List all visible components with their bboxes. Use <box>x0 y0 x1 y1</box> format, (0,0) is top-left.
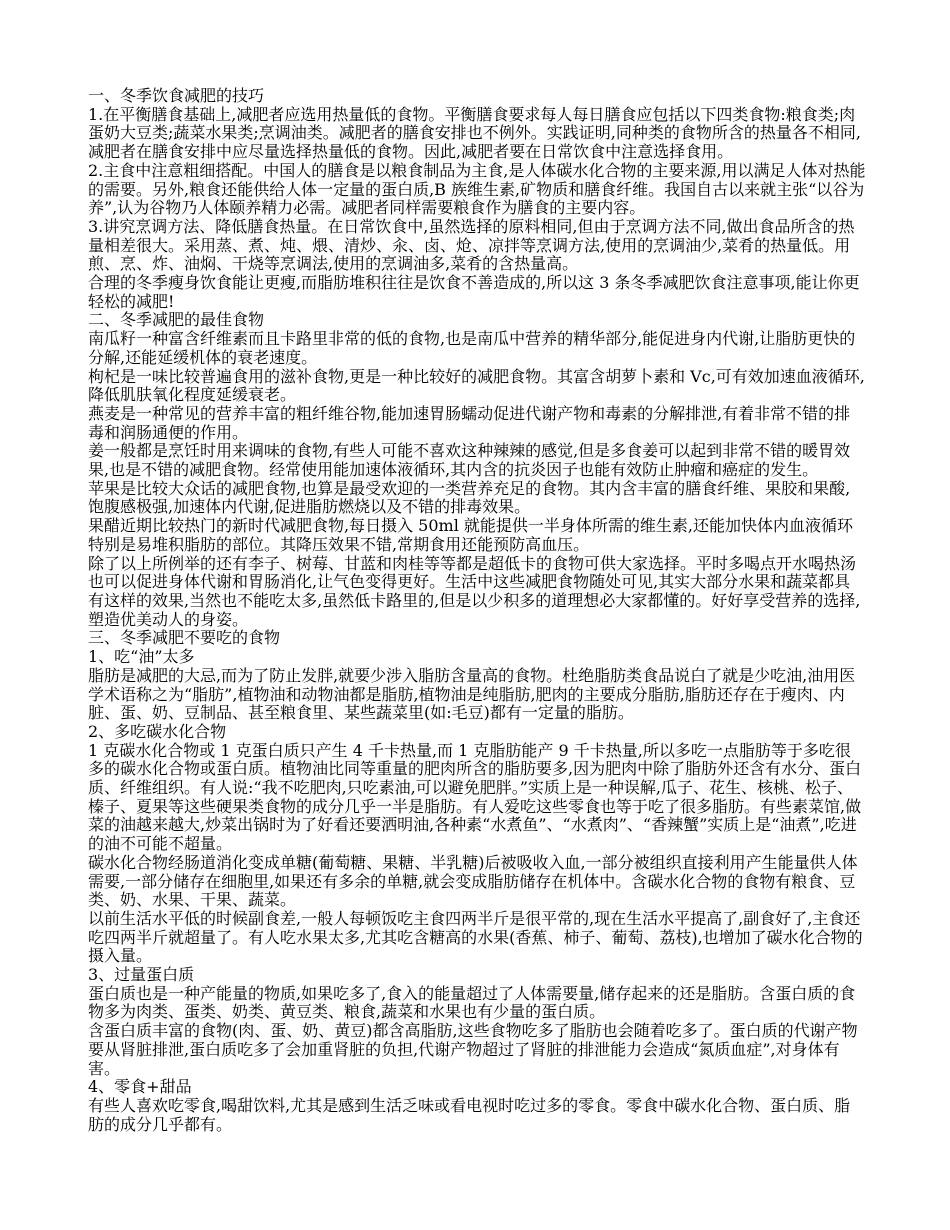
subheading-excess-protein: 3、过量蛋白质 <box>88 966 866 985</box>
para-snacks: 有些人喜欢吃零食,喝甜饮料,尤其是感到生活乏味或看电视时吃过多的零食。零食中碳水… <box>88 1097 866 1134</box>
heading-best-foods: 二、冬季减肥的最佳食物 <box>88 311 866 330</box>
tips-summary: 合理的冬季瘦身饮食能让更瘦,而脂肪堆积往往是饮食不善造成的,所以这 3 条冬季减… <box>88 274 866 311</box>
food-fruit-vinegar: 果醋近期比较热门的新时代减肥食物,每日摄入 50ml 就能提供一半身体所需的维生… <box>88 517 866 554</box>
heading-foods-to-avoid: 三、冬季减肥不要吃的食物 <box>88 629 866 648</box>
food-other-lowcal: 除了以上所例举的还有李子、树莓、甘蓝和肉桂等等都是超低卡的食物可供大家选择。平时… <box>88 555 866 630</box>
food-pumpkin-seeds: 南瓜籽一种富含纤维素而且卡路里非常的低的食物,也是南瓜中营养的精华部分,能促进身… <box>88 330 866 367</box>
food-ginger: 姜一般都是烹饪时用来调味的食物,有些人可能不喜欢这种辣辣的感觉,但是多食姜可以起… <box>88 442 866 479</box>
para-protein-energy: 蛋白质也是一种产能量的物质,如果吃多了,食入的能量超过了人体需要量,储存起来的还… <box>88 985 866 1022</box>
para-fat-sources: 脂肪是减肥的大忌,而为了防止发胖,就要少涉入脂肪含量高的食物。杜绝脂肪类食品说白… <box>88 667 866 723</box>
heading-winter-diet-tips: 一、冬季饮食减肥的技巧 <box>88 87 866 106</box>
tip-cooking-methods: 3.讲究烹调方法、降低膳食热量。在日常饮食中,虽然选择的原料相同,但由于烹调方法… <box>88 218 866 274</box>
para-carbs-digestion: 碳水化合物经肠道消化变成单糖(葡萄糖、果糖、半乳糖)后被吸收入血,一部分被组织直… <box>88 854 866 910</box>
subheading-snacks-desserts: 4、零食+甜品 <box>88 1078 866 1097</box>
article: 一、冬季饮食减肥的技巧 1.在平衡膳食基础上,减肥者应选用热量低的食物。平衡膳食… <box>88 87 866 1134</box>
para-carbs-calories: 1 克碳水化合物或 1 克蛋白质只产生 4 千卡热量,而 1 克脂肪能产 9 千… <box>88 742 866 854</box>
para-protein-kidney: 含蛋白质丰富的食物(肉、蛋、奶、黄豆)都含高脂肪,这些食物吃多了脂肪也会随着吃多… <box>88 1022 866 1078</box>
food-goji-berry: 枸杞是一味比较普遍食用的滋补食物,更是一种比较好的减肥食物。其富含胡萝卜素和 V… <box>88 368 866 405</box>
para-carbs-staple: 以前生活水平低的时候副食差,一般人每顿饭吃主食四两半斤是很平常的,现在生活水平提… <box>88 910 866 966</box>
subheading-carbohydrates: 2、多吃碳水化合物 <box>88 723 866 742</box>
tip-staple-mix: 2.主食中注意粗细搭配。中国人的膳食是以粮食制品为主食,是人体碳水化合物的主要来… <box>88 162 866 218</box>
tip-balanced-diet: 1.在平衡膳食基础上,减肥者应选用热量低的食物。平衡膳食要求每人每日膳食应包括以… <box>88 106 866 162</box>
food-apple: 苹果是比较大众话的减肥食物,也算是最受欢迎的一类营养充足的食物。其内含丰富的膳食… <box>88 480 866 517</box>
food-oats: 燕麦是一种常见的营养丰富的粗纤维谷物,能加速胃肠蠕动促进代谢产物和毒素的分解排泄… <box>88 405 866 442</box>
subheading-too-much-oil: 1、吃“油”太多 <box>88 648 866 667</box>
